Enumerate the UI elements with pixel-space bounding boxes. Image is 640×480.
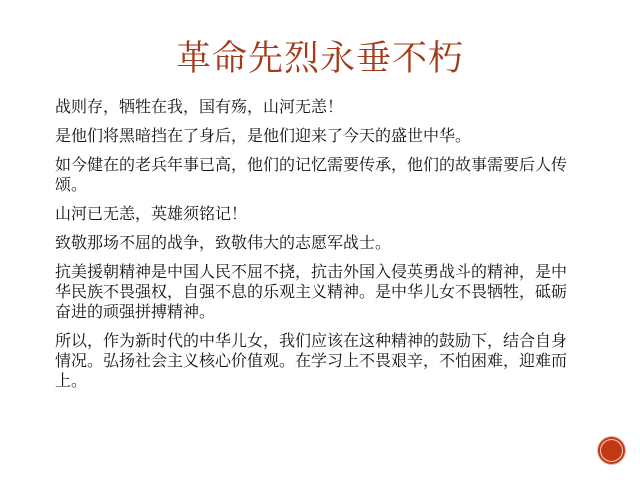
slide-body: 战则存，牺牲在我，国有殇，山河无恙！ 是他们将黑暗挡在了身后，是他们迎来了今天的…: [55, 97, 580, 400]
paragraph: 所以，作为新时代的中华儿女，我们应该在这种精神的鼓励下，结合自身情况。弘扬社会主…: [55, 331, 580, 391]
paragraph: 战则存，牺牲在我，国有殇，山河无恙！: [55, 97, 580, 117]
paragraph: 山河已无恙，英雄须铭记！: [55, 204, 580, 224]
paragraph: 如今健在的老兵年事已高，他们的记忆需要传承，他们的故事需要后人传颂。: [55, 155, 580, 195]
paragraph: 致敬那场不屈的战争，致敬伟大的志愿军战士。: [55, 233, 580, 253]
slide: 革命先烈永垂不朽 战则存，牺牲在我，国有殇，山河无恙！ 是他们将黑暗挡在了身后，…: [0, 0, 640, 480]
slide-title: 革命先烈永垂不朽: [0, 38, 640, 80]
paragraph: 是他们将黑暗挡在了身后，是他们迎来了今天的盛世中华。: [55, 126, 580, 146]
slide-nav-circle-icon[interactable]: [598, 437, 625, 464]
paragraph: 抗美援朝精神是中国人民不屈不挠，抗击外国入侵英勇战斗的精神，是中华民族不畏强权，…: [55, 262, 580, 322]
